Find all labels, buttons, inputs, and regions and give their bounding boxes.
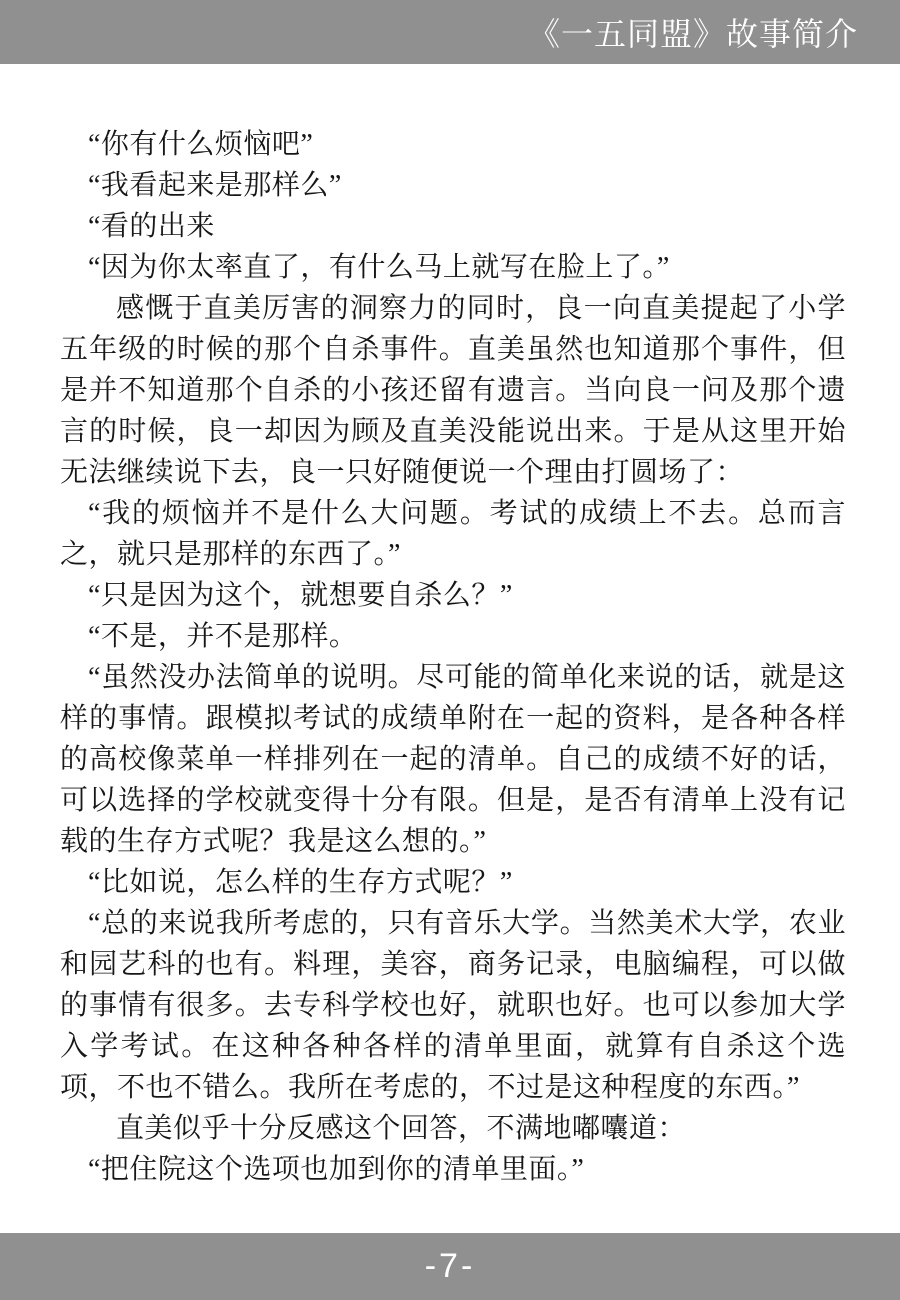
paragraph: 感慨于直美厉害的洞察力的同时，良一向直美提起了小学五年级的时候的那个自杀事件。直… [60, 288, 846, 493]
page-title: 《一五同盟》故事简介 [528, 9, 858, 55]
paragraph: “比如说，怎么样的生存方式呢？” [60, 862, 846, 903]
page-header: 《一五同盟》故事简介 [0, 0, 900, 64]
paragraph: “因为你太率直了，有什么马上就写在脸上了。” [60, 247, 846, 288]
page-number: -7- [425, 1247, 476, 1286]
paragraph: “把住院这个选项也加到你的清单里面。” [60, 1149, 846, 1190]
paragraph: “看的出来 [60, 206, 846, 247]
paragraph: “总的来说我所考虑的，只有音乐大学。当然美术大学，农业和园艺科的也有。料理，美容… [60, 903, 846, 1108]
paragraph: “不是，并不是那样。 [60, 616, 846, 657]
paragraph: 直美似乎十分反感这个回答，不满地嘟囔道： [60, 1108, 846, 1149]
paragraph: “你有什么烦恼吧” [60, 124, 846, 165]
paragraph: “我的烦恼并不是什么大问题。考试的成绩上不去。总而言之，就只是那样的东西了。” [60, 493, 846, 575]
page-body: “你有什么烦恼吧”“我看起来是那样么”“看的出来“因为你太率直了，有什么马上就写… [0, 64, 900, 1190]
reader-page: 《一五同盟》故事简介 “你有什么烦恼吧”“我看起来是那样么”“看的出来“因为你太… [0, 0, 900, 1300]
paragraph: “只是因为这个，就想要自杀么？” [60, 575, 846, 616]
paragraph: “我看起来是那样么” [60, 165, 846, 206]
page-footer: -7- [0, 1233, 900, 1300]
paragraph: “虽然没办法简单的说明。尽可能的简单化来说的话，就是这样的事情。跟模拟考试的成绩… [60, 657, 846, 862]
